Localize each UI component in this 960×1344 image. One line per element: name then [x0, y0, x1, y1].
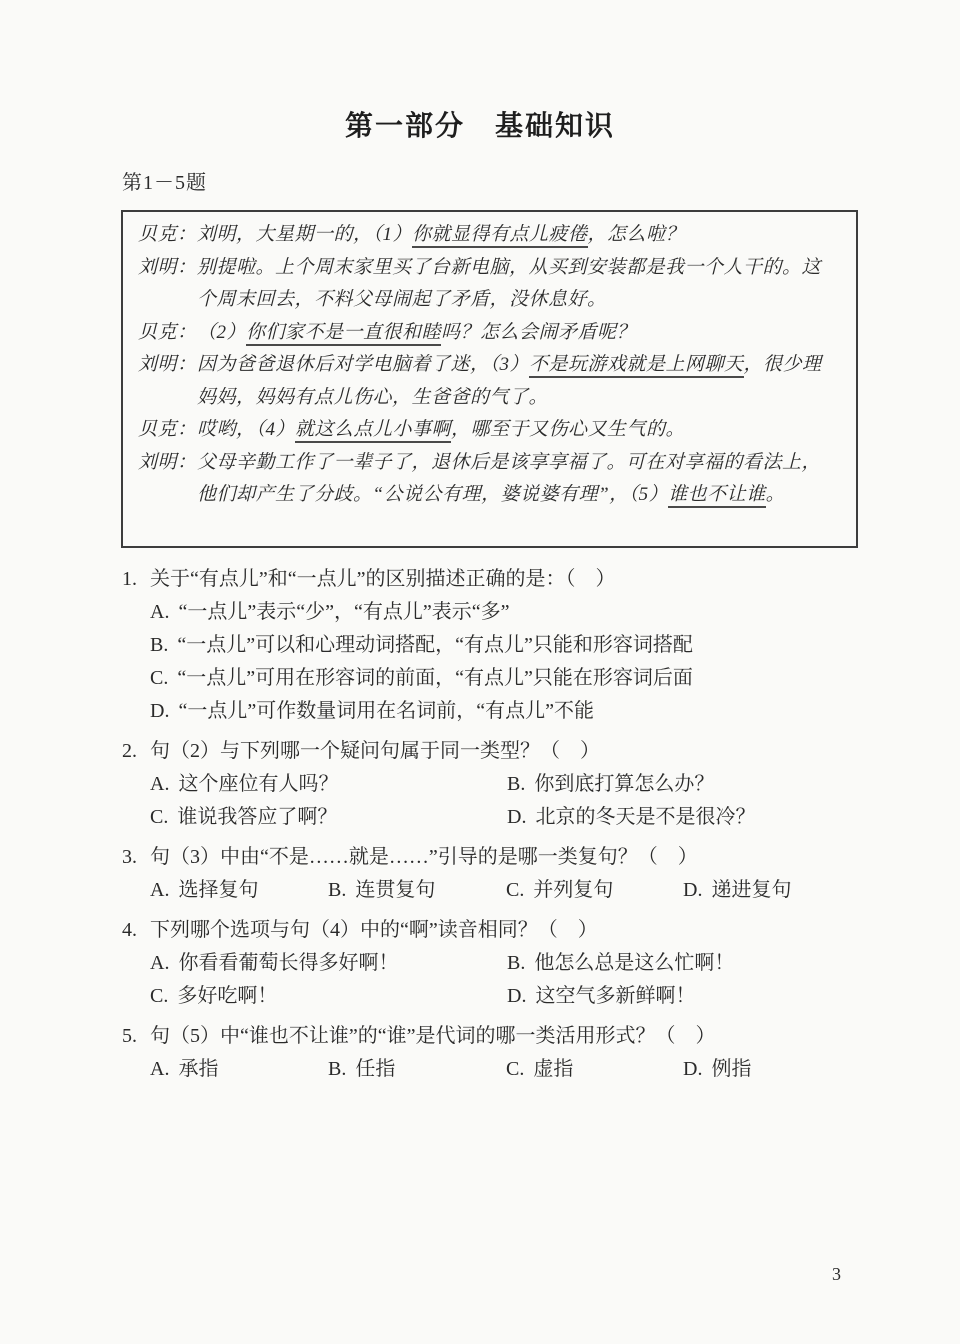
question-number: 4.	[122, 914, 150, 947]
questions-list: 1.关于“有点儿”和“一点儿”的区别描述正确的是：（ ） A.“一点儿”表示“少…	[122, 563, 864, 1093]
question-stem-line: 3.句（3）中由“不是……就是……”引导的是哪一类复句？（ ）	[122, 841, 864, 874]
option-item: A.选择复句	[150, 874, 328, 907]
section-label: 第1－5题	[122, 166, 207, 195]
dialogue-turn: 刘明：父母辛勤工作了一辈子了，退休后是该享享福了。可在对享福的看法上，他们却产生…	[138, 447, 838, 512]
option-label: C.	[506, 1058, 524, 1080]
speaker-label: 刘明：	[138, 252, 197, 285]
option-label: D.	[150, 700, 169, 722]
option-text: 北京的冬天是不是很冷？	[535, 806, 755, 828]
option-text: 这个座位有人吗？	[178, 773, 338, 795]
option-text: 并列复句	[533, 879, 613, 901]
option-label: B.	[328, 1058, 346, 1080]
options-group: A.你看看葡萄长得多好啊！ B.他怎么总是这么忙啊！ C.多好吃啊！ D.这空气…	[122, 947, 864, 1013]
option-label: D.	[683, 1058, 702, 1080]
option-item: C.多好吃啊！	[150, 980, 507, 1013]
option-text: 你到底打算怎么办？	[534, 773, 714, 795]
option-item: A.“一点儿”表示“少”，“有点儿”表示“多”	[150, 596, 864, 629]
question-stem: 句（2）与下列哪一个疑问句属于同一类型？（ ）	[150, 740, 600, 762]
underlined-phrase: 谁也不让谁	[668, 484, 766, 508]
option-label: C.	[150, 985, 168, 1007]
option-item: C.虚指	[506, 1053, 683, 1086]
option-label: B.	[150, 634, 168, 656]
option-label: A.	[150, 1058, 169, 1080]
options-group: A.承指 B.任指 C.虚指 D.例指	[122, 1053, 864, 1086]
option-item: B.任指	[328, 1053, 506, 1086]
dialogue-text: 别提啦。上个周末家里买了台新电脑，从买到安装都是我一个人干的。这个周末回去，不料…	[197, 257, 821, 311]
option-item: A.承指	[150, 1053, 328, 1086]
option-text: 他怎么总是这么忙啊！	[534, 952, 734, 974]
dialogue-turn: 贝克：哎哟，（4）就这么点儿小事啊，哪至于又伤心又生气的。	[138, 414, 838, 447]
dialogue-segment: 吗？怎么会闹矛盾呢？	[441, 322, 636, 343]
dialogue-segment: 刘明，大星期一的，（1）	[197, 224, 412, 245]
question-stem-line: 4.下列哪个选项与句（4）中的“啊”读音相同？（ ）	[122, 914, 864, 947]
dialogue-segment: 因为爸爸退休后对学电脑着了迷，（3）	[197, 354, 529, 375]
option-text: 这空气多新鲜啊！	[535, 985, 695, 1007]
option-label: A.	[150, 601, 169, 623]
question-item: 3.句（3）中由“不是……就是……”引导的是哪一类复句？（ ） A.选择复句 B…	[122, 841, 864, 907]
question-stem: 关于“有点儿”和“一点儿”的区别描述正确的是：（ ）	[150, 568, 616, 590]
option-item: B.连贯复句	[328, 874, 506, 907]
question-item: 2.句（2）与下列哪一个疑问句属于同一类型？（ ） A.这个座位有人吗？ B.你…	[122, 735, 864, 834]
question-number: 2.	[122, 735, 150, 768]
dialogue-text: 父母辛勤工作了一辈子了，退休后是该享享福了。可在对享福的看法上，他们却产生了分歧…	[197, 452, 821, 509]
dialogue-box: 贝克：刘明，大星期一的，（1）你就显得有点儿疲倦，怎么啦？ 刘明：别提啦。上个周…	[121, 210, 858, 548]
option-label: B.	[328, 879, 346, 901]
option-text: “一点儿”可作数量词用在名词前，“有点儿”不能	[178, 700, 594, 722]
option-text: 选择复句	[178, 879, 258, 901]
page-number: 3	[832, 1264, 841, 1285]
option-item: B.“一点儿”可以和心理动词搭配，“有点儿”只能和形容词搭配	[150, 629, 864, 662]
options-group: A.选择复句 B.连贯复句 C.并列复句 D.递进复句	[122, 874, 864, 907]
question-stem: 下列哪个选项与句（4）中的“啊”读音相同？（ ）	[150, 919, 598, 941]
option-text: “一点儿”可用在形容词的前面，“有点儿”只能在形容词后面	[177, 667, 693, 689]
option-text: 多好吃啊！	[177, 985, 277, 1007]
option-text: “一点儿”表示“少”，“有点儿”表示“多”	[178, 601, 509, 623]
speaker-label: 贝克：	[138, 219, 197, 252]
option-item: D.这空气多新鲜啊！	[507, 980, 864, 1013]
option-item: C.“一点儿”可用在形容词的前面，“有点儿”只能在形容词后面	[150, 662, 864, 695]
question-stem: 句（5）中“谁也不让谁”的“谁”是代词的哪一类活用形式？（ ）	[150, 1025, 716, 1047]
option-label: B.	[507, 952, 525, 974]
option-item: A.你看看葡萄长得多好啊！	[150, 947, 507, 980]
option-text: 连贯复句	[355, 879, 435, 901]
option-text: 你看看葡萄长得多好啊！	[178, 952, 398, 974]
question-stem-line: 2.句（2）与下列哪一个疑问句属于同一类型？（ ）	[122, 735, 864, 768]
dialogue-turn: 刘明：别提啦。上个周末家里买了台新电脑，从买到安装都是我一个人干的。这个周末回去…	[138, 252, 838, 317]
speaker-label: 刘明：	[138, 349, 197, 382]
option-text: 承指	[178, 1058, 218, 1080]
document-page: 第一部分 基础知识 第1－5题 贝克：刘明，大星期一的，（1）你就显得有点儿疲倦…	[0, 0, 960, 1344]
question-number: 3.	[122, 841, 150, 874]
underlined-phrase: 不是玩游戏就是上网聊天	[529, 354, 744, 378]
question-item: 5.句（5）中“谁也不让谁”的“谁”是代词的哪一类活用形式？（ ） A.承指 B…	[122, 1020, 864, 1086]
option-item: B.你到底打算怎么办？	[507, 768, 864, 801]
option-label: C.	[506, 879, 524, 901]
dialogue-segment: ，哪至于又伤心又生气的。	[451, 419, 685, 440]
underlined-phrase: 就这么点儿小事啊	[295, 419, 451, 443]
speaker-label: 刘明：	[138, 447, 197, 480]
page-title: 第一部分 基础知识	[0, 104, 960, 144]
option-label: C.	[150, 806, 168, 828]
dialogue-segment: ，怎么啦？	[588, 224, 686, 245]
option-text: 例指	[711, 1058, 751, 1080]
question-item: 1.关于“有点儿”和“一点儿”的区别描述正确的是：（ ） A.“一点儿”表示“少…	[122, 563, 864, 728]
dialogue-turn: 刘明：因为爸爸退休后对学电脑着了迷，（3）不是玩游戏就是上网聊天，很少理妈妈，妈…	[138, 349, 838, 414]
question-number: 5.	[122, 1020, 150, 1053]
options-group: A.这个座位有人吗？ B.你到底打算怎么办？ C.谁说我答应了啊？ D.北京的冬…	[122, 768, 864, 834]
dialogue-text: 哎哟，（4）就这么点儿小事啊，哪至于又伤心又生气的。	[197, 419, 685, 443]
option-item: C.谁说我答应了啊？	[150, 801, 507, 834]
option-item: D.“一点儿”可作数量词用在名词前，“有点儿”不能	[150, 695, 864, 728]
underlined-phrase: 你就显得有点儿疲倦	[412, 224, 588, 248]
option-text: 任指	[355, 1058, 395, 1080]
options-group: A.“一点儿”表示“少”，“有点儿”表示“多” B.“一点儿”可以和心理动词搭配…	[122, 596, 864, 728]
dialogue-segment: （2）	[197, 322, 246, 343]
option-item: D.例指	[683, 1053, 864, 1086]
question-number: 1.	[122, 563, 150, 596]
option-text: “一点儿”可以和心理动词搭配，“有点儿”只能和形容词搭配	[177, 634, 693, 656]
option-text: 谁说我答应了啊？	[177, 806, 337, 828]
option-label: D.	[507, 985, 526, 1007]
option-item: A.这个座位有人吗？	[150, 768, 507, 801]
underlined-phrase: 你们家不是一直很和睦	[246, 322, 441, 346]
option-label: D.	[683, 879, 702, 901]
dialogue-turn: 贝克：（2）你们家不是一直很和睦吗？怎么会闹矛盾呢？	[138, 317, 838, 350]
dialogue-segment: 。	[766, 484, 786, 505]
option-label: A.	[150, 879, 169, 901]
dialogue-text: 因为爸爸退休后对学电脑着了迷，（3）不是玩游戏就是上网聊天，很少理妈妈，妈妈有点…	[197, 354, 822, 408]
dialogue-segment: 哎哟，（4）	[197, 419, 295, 440]
dialogue-text: （2）你们家不是一直很和睦吗？怎么会闹矛盾呢？	[197, 322, 636, 346]
speaker-label: 贝克：	[138, 317, 197, 350]
speaker-label: 贝克：	[138, 414, 197, 447]
question-item: 4.下列哪个选项与句（4）中的“啊”读音相同？（ ） A.你看看葡萄长得多好啊！…	[122, 914, 864, 1013]
option-text: 递进复句	[711, 879, 791, 901]
dialogue-segment: 别提啦。上个周末家里买了台新电脑，从买到安装都是我一个人干的。这个周末回去，不料…	[197, 257, 821, 311]
option-label: C.	[150, 667, 168, 689]
option-item: D.北京的冬天是不是很冷？	[507, 801, 864, 834]
option-item: C.并列复句	[506, 874, 683, 907]
option-label: A.	[150, 773, 169, 795]
option-text: 虚指	[533, 1058, 573, 1080]
option-item: B.他怎么总是这么忙啊！	[507, 947, 864, 980]
option-item: D.递进复句	[683, 874, 864, 907]
option-label: D.	[507, 806, 526, 828]
question-stem: 句（3）中由“不是……就是……”引导的是哪一类复句？（ ）	[150, 846, 698, 868]
question-stem-line: 1.关于“有点儿”和“一点儿”的区别描述正确的是：（ ）	[122, 563, 864, 596]
dialogue-text: 刘明，大星期一的，（1）你就显得有点儿疲倦，怎么啦？	[197, 224, 685, 248]
question-stem-line: 5.句（5）中“谁也不让谁”的“谁”是代词的哪一类活用形式？（ ）	[122, 1020, 864, 1053]
option-label: A.	[150, 952, 169, 974]
option-label: B.	[507, 773, 525, 795]
dialogue-turn: 贝克：刘明，大星期一的，（1）你就显得有点儿疲倦，怎么啦？	[138, 219, 838, 252]
